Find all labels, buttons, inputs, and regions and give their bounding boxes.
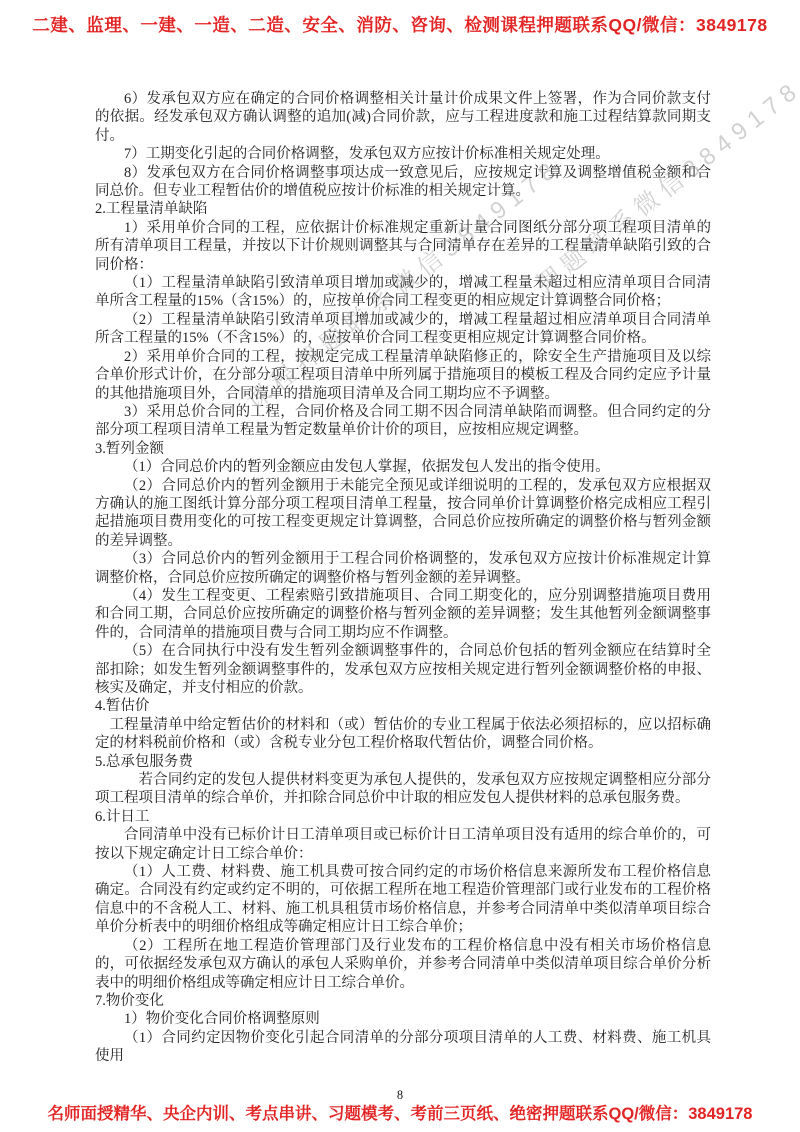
paragraph: 7）工期变化引起的合同价格调整，发承包双方应按计价标准相关规定处理。 bbox=[95, 145, 711, 163]
paragraph: 3）采用总价合同的工程，合同价格及合同工期不因合同清单缺陷而调整。但合同约定的分… bbox=[95, 403, 711, 440]
header-promo-text: 二建、监理、一建、一造、二造、安全、消防、咨询、检测课程押题联系QQ/微信：38… bbox=[0, 12, 800, 37]
paragraph: 5.总承包服务费 bbox=[95, 753, 711, 771]
document-page: 二建、监理、一建、一造、二造、安全、消防、咨询、检测课程押题联系QQ/微信：38… bbox=[0, 0, 800, 1132]
paragraph: （2）工程量清单缺陷引致清单项目增加或减少的，增减工程量超过相应清单项目合同清单… bbox=[95, 311, 711, 348]
paragraph: （2）合同总价内的暂列金额用于未能完全预见或详细说明的工程的，发承包双方应根据双… bbox=[95, 477, 711, 551]
paragraph: 8）发承包双方在合同价格调整事项达成一致意见后，应按规定计算及调整增值税金额和合… bbox=[95, 164, 711, 201]
paragraph: （5）在合同执行中没有发生暂列金额调整事件的，合同总价包括的暂列金额应在结算时全… bbox=[95, 642, 711, 697]
paragraph: 若合同约定的发包人提供材料变更为承包人提供的，发承包双方应按规定调整相应分部分项… bbox=[95, 771, 711, 808]
paragraph: （2）工程所在地工程造价管理部门及行业发布的工程价格信息中没有相关市场价格信息的… bbox=[95, 937, 711, 992]
paragraph: （1）合同总价内的暂列金额应由发包人掌握，依据发包人发出的指令使用。 bbox=[95, 458, 711, 476]
paragraph: （1）工程量清单缺陷引致清单项目增加或减少的，增减工程量未超过相应清单项目合同清… bbox=[95, 274, 711, 311]
paragraph: 7.物价变化 bbox=[95, 992, 711, 1010]
footer-promo-text: 名师面授精华、央企内训、考点串讲、习题模考、考前三页纸、绝密押题联系QQ/微信：… bbox=[0, 1100, 800, 1124]
paragraph: （3）合同总价内的暂列金额用于工程合同价格调整的，发承包双方应按计价标准规定计算… bbox=[95, 550, 711, 587]
paragraph: （1）人工费、材料费、施工机具费可按合同约定的市场价格信息来源所发布工程价格信息… bbox=[95, 863, 711, 937]
paragraph: （4）发生工程变更、工程索赔引致措施项目、合同工期变化的，应分别调整措施项目费用… bbox=[95, 587, 711, 642]
paragraph: 工程量清单中给定暂估价的材料和（或）暂估价的专业工程属于依法必须招标的，应以招标… bbox=[95, 716, 711, 753]
paragraph: 合同清单中没有已标价计日工清单项目或已标价计日工清单项目没有适用的综合单价的，可… bbox=[95, 826, 711, 863]
paragraph: 6）发承包双方应在确定的合同价格调整相关计量计价成果文件上签署，作为合同价款支付… bbox=[95, 90, 711, 145]
document-body: 6）发承包双方应在确定的合同价格调整相关计量计价成果文件上签署，作为合同价款支付… bbox=[95, 90, 711, 1066]
paragraph: 1）采用单价合同的工程，应依据计价标准规定重新计量合同图纸分部分项工程项目清单的… bbox=[95, 219, 711, 274]
paragraph: 1）物价变化合同价格调整原则 bbox=[95, 1010, 711, 1028]
paragraph: 2）采用单价合同的工程，按规定完成工程量清单缺陷修正的，除安全生产措施项目及以综… bbox=[95, 348, 711, 403]
paragraph: 3.暂列金额 bbox=[95, 440, 711, 458]
paragraph: 6.计日工 bbox=[95, 808, 711, 826]
paragraph: 2.工程量清单缺陷 bbox=[95, 200, 711, 218]
page-number: 8 bbox=[0, 1088, 800, 1103]
paragraph: （1）合同约定因物价变化引起合同清单的分部分项项目清单的人工费、材料费、施工机具… bbox=[95, 1029, 711, 1066]
paragraph: 4.暂估价 bbox=[95, 697, 711, 715]
